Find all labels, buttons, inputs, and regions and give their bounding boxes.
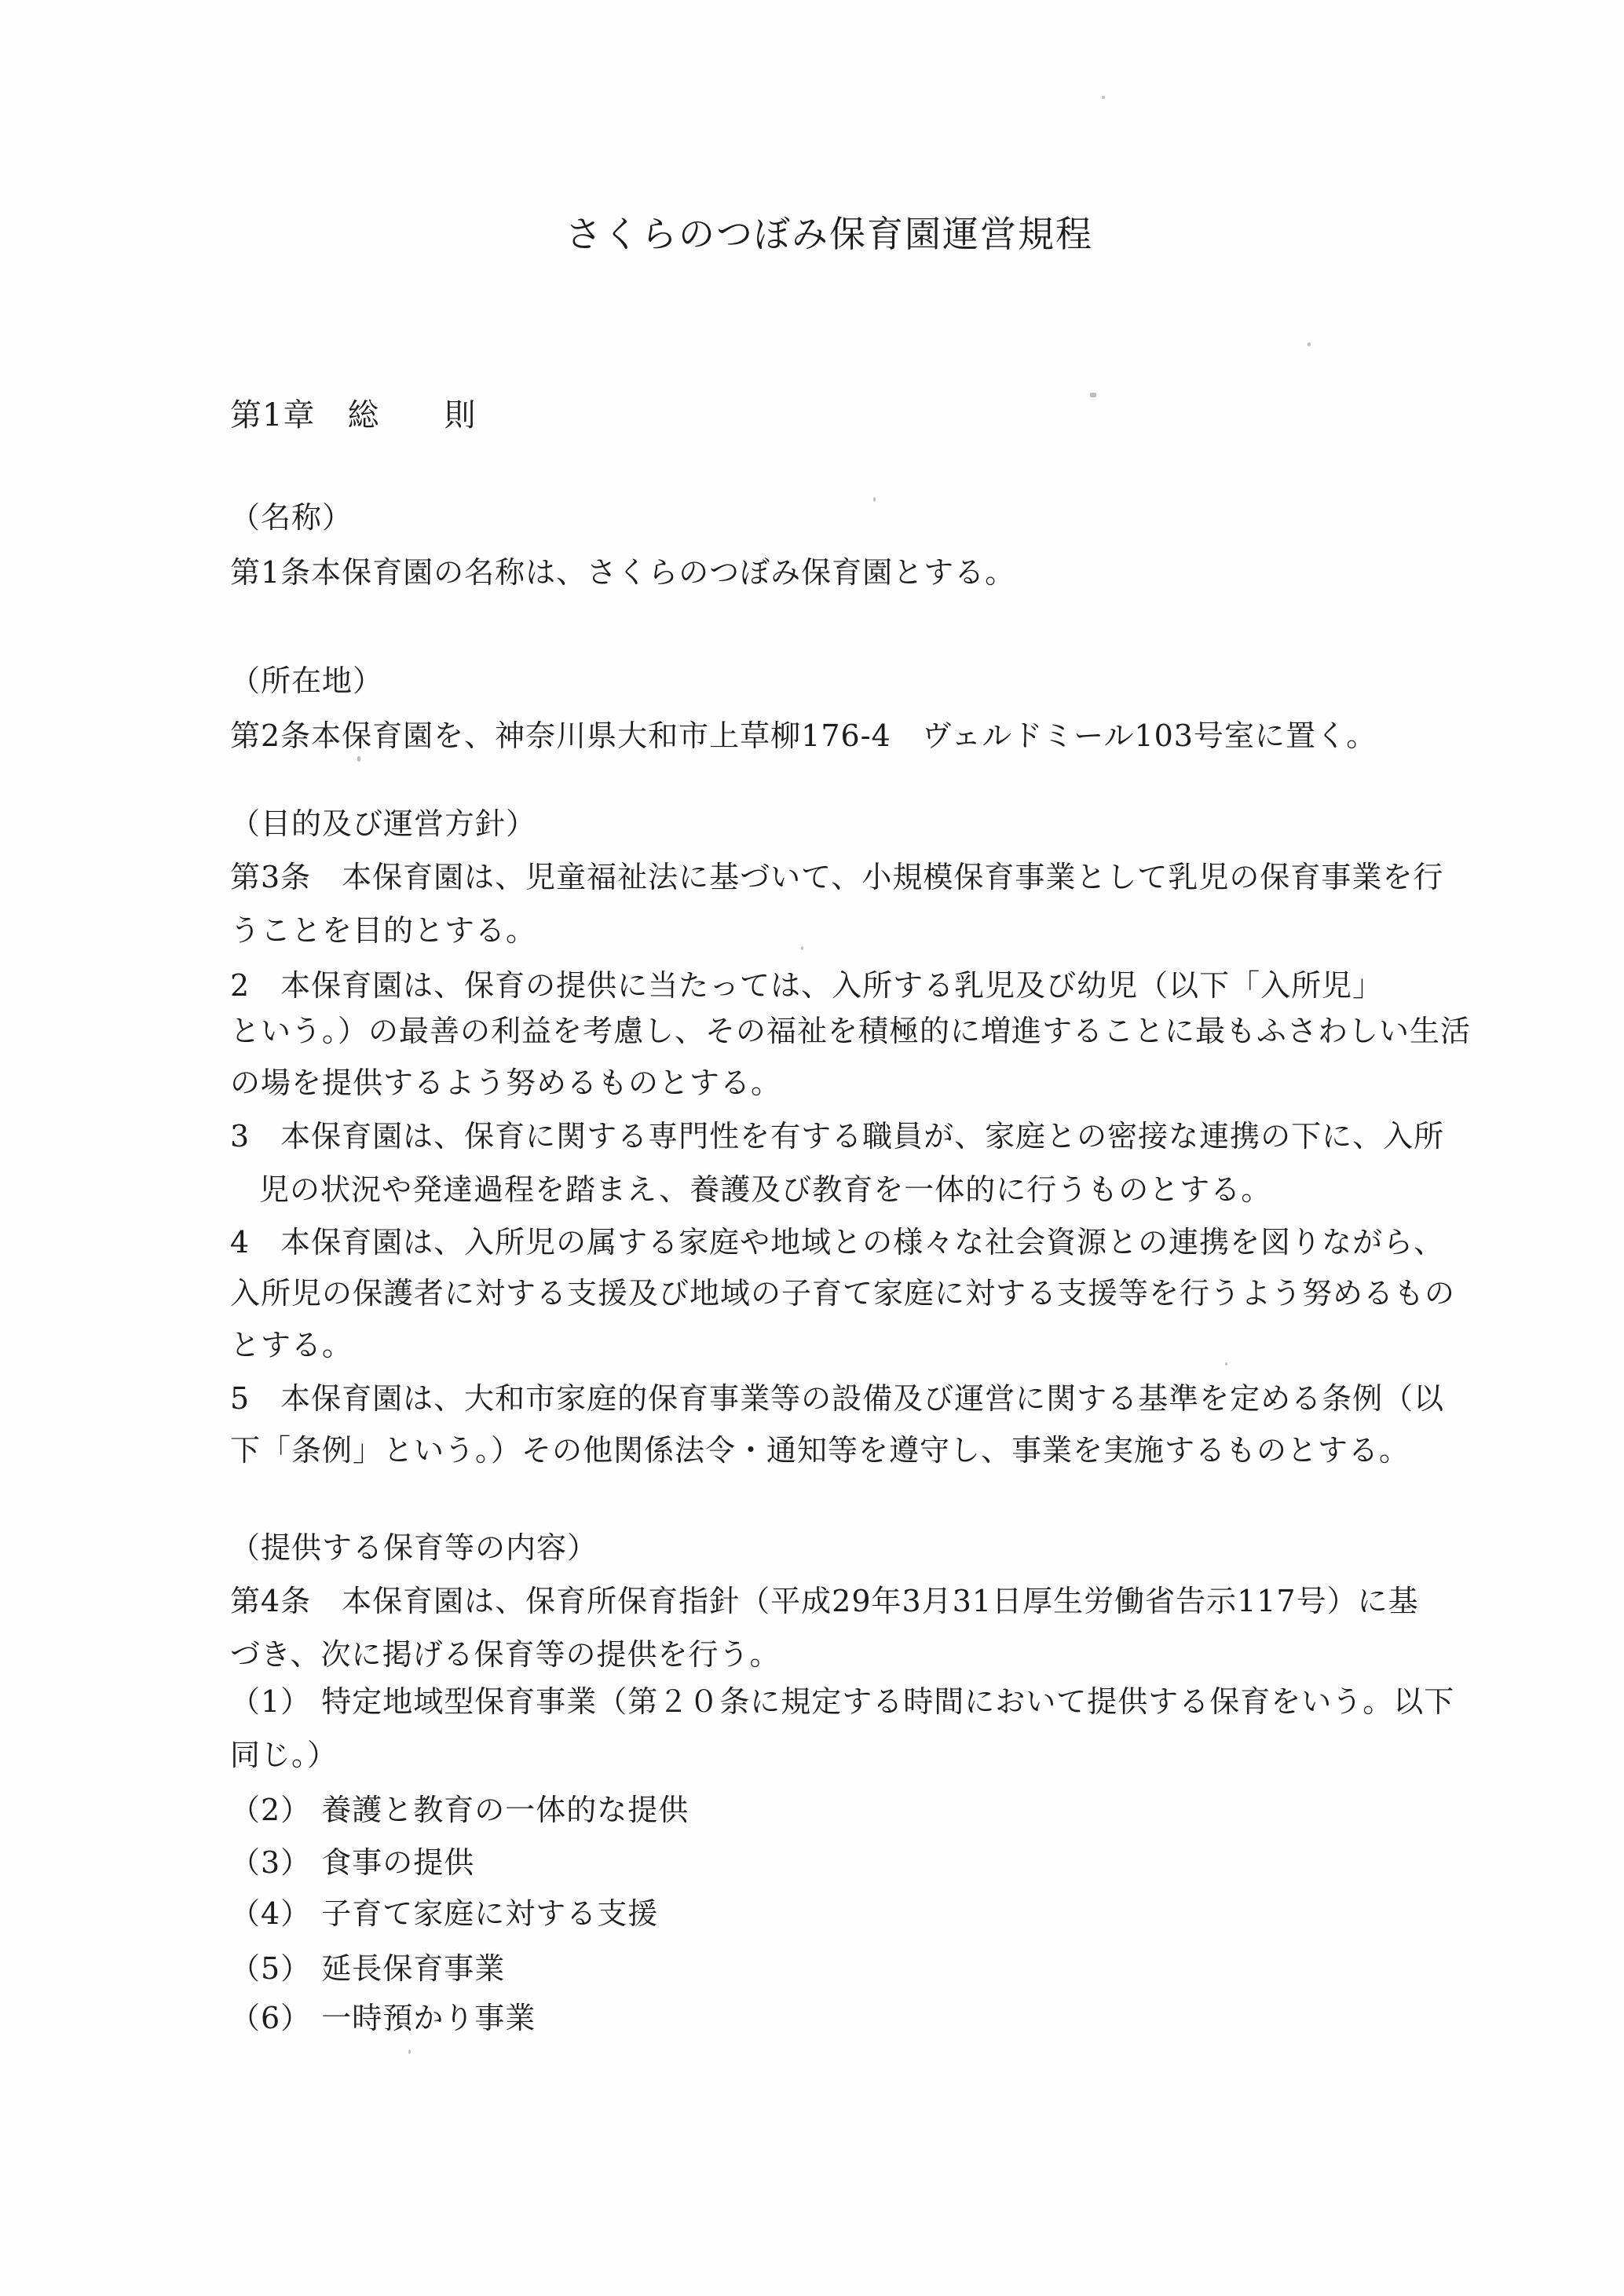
section-label-name: （名称） bbox=[230, 501, 353, 536]
scan-artifact-dot bbox=[1308, 342, 1311, 346]
article-4-line-2: づき、次に掲げる保育等の提供を行う。 bbox=[230, 1638, 780, 1673]
article-4-item-5: （5） 延長保育事業 bbox=[230, 1952, 505, 1987]
chapter-1-heading: 第1章 総 則 bbox=[230, 397, 476, 433]
article-4-item-1-line-1: （1） 特定地域型保育事業（第２０条に規定する時間において提供する保育をいう。以… bbox=[230, 1685, 1454, 1720]
article-3-para-4-line-3: とする。 bbox=[230, 1329, 353, 1363]
article-3-para-2-line-2: という。）の最善の利益を考慮し、その福祉を積極的に増進することに最もふさわしい生… bbox=[230, 1015, 1471, 1049]
scan-artifact-dot bbox=[1225, 1362, 1227, 1366]
article-3-para-4-line-1: 4 本保育園は、入所児の属する家庭や地域との様々な社会資源との連携を図りながら、 bbox=[230, 1226, 1444, 1260]
section-label-services: （提供する保育等の内容） bbox=[230, 1531, 598, 1566]
scan-artifact-mark bbox=[1090, 393, 1096, 397]
scan-artifact-dot bbox=[408, 2049, 411, 2054]
article-4-item-4: （4） 子育て家庭に対する支援 bbox=[230, 1897, 658, 1932]
article-1-text: 第1条本保育園の名称は、さくらのつぼみ保育園とする。 bbox=[230, 556, 1015, 590]
section-label-location: （所在地） bbox=[230, 664, 383, 699]
page-title: さくらのつぼみ保育園運営規程 bbox=[565, 206, 1093, 258]
scan-artifact-dot bbox=[1102, 96, 1105, 99]
scan-artifact-dot bbox=[801, 946, 803, 950]
article-3-para-5-line-2: 下「条例」という。）その他関係法令・通知等を遵守し、事業を実施するものとする。 bbox=[230, 1434, 1410, 1468]
article-3-para-4-line-2: 入所児の保護者に対する支援及び地域の子育て家庭に対する支援等を行うよう努めるもの bbox=[230, 1277, 1455, 1311]
article-3-para-2-line-1: 2 本保育園は、保育の提供に当たっては、入所する乳児及び幼児（以下「入所児」 bbox=[230, 969, 1383, 1004]
article-4-item-3: （3） 食事の提供 bbox=[230, 1846, 474, 1881]
section-label-purpose: （目的及び運営方針） bbox=[230, 807, 536, 842]
article-4-item-6: （6） 一時預かり事業 bbox=[230, 2002, 536, 2036]
article-4-item-1-line-2: 同じ。） bbox=[230, 1738, 338, 1773]
article-3-line-1: 第3条 本保育園は、児童福祉法に基づいて、小規模保育事業として乳児の保育事業を行 bbox=[230, 861, 1443, 895]
article-3-para-3-line-2: 児の状況や発達過程を踏まえ、養護及び教育を一体的に行うものとする。 bbox=[259, 1173, 1271, 1208]
article-3-line-2: うことを目的とする。 bbox=[230, 914, 536, 949]
article-3-para-2-line-3: の場を提供するよう努めるものとする。 bbox=[230, 1066, 781, 1101]
article-2-text: 第2条本保育園を、神奈川県大和市上草柳176-4 ヴェルドミール103号室に置く… bbox=[230, 719, 1377, 754]
scan-artifact-dot bbox=[357, 756, 360, 762]
article-3-para-3-line-1: 3 本保育園は、保育に関する専門性を有する職員が、家庭との密接な連携の下に、入所 bbox=[230, 1120, 1444, 1154]
article-4-line-1: 第4条 本保育園は、保育所保育指針（平成29年3月31日厚生労働省告示117号）… bbox=[230, 1585, 1419, 1619]
article-3-para-5-line-1: 5 本保育園は、大和市家庭的保育事業等の設備及び運営に関する基準を定める条例（以 bbox=[230, 1382, 1444, 1417]
article-4-item-2: （2） 養護と教育の一体的な提供 bbox=[230, 1793, 689, 1828]
document-page: さくらのつぼみ保育園運営規程 第1章 総 則 （名称） 第1条本保育園の名称は、… bbox=[0, 0, 1624, 2296]
scan-artifact-dot bbox=[873, 497, 876, 502]
